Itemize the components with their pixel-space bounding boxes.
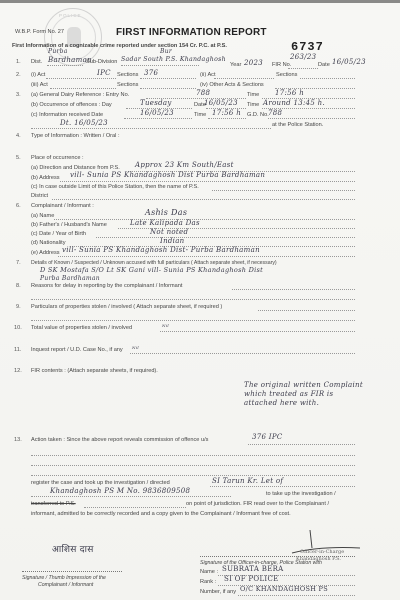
nationality-label: (d) Nationality: [31, 240, 66, 246]
fir-no-value: 263/23: [290, 53, 316, 61]
info-time-value: 17:56 h: [212, 109, 241, 117]
row-number: 1.: [16, 59, 21, 65]
officer-rank-value: SI OF POLICE: [224, 575, 279, 583]
gd-no-value: 788: [268, 109, 282, 117]
row-number: 4.: [16, 133, 21, 139]
row-number: 12.: [14, 368, 22, 374]
officer-name-label: Name :: [200, 569, 218, 575]
other-acts-label: (iv) Other Acts & Sections: [200, 82, 264, 88]
gd-ref-label: (a) General Dairy Reference : Entry No.: [31, 92, 129, 98]
jurisdiction-text: on point of jurisdiction. FIR read over …: [186, 501, 329, 507]
officer-ps-mobile-value: Khandaghosh PS M No. 9836809508: [50, 487, 190, 495]
officer-name-value: SUBRATA BERA: [222, 565, 284, 573]
fir-contents-note-line3: attached here with.: [244, 399, 319, 407]
year-value: 2023: [244, 59, 263, 67]
father-name-label: (b) Father's / Husband's Name: [31, 222, 107, 228]
complainant-label: Complainant / Informant :: [31, 203, 94, 209]
transferred-text: transferred to P.S.: [31, 501, 76, 507]
gd-entry-value: 788: [196, 89, 210, 97]
form-number: W.B.P. Form No. 27: [15, 29, 64, 35]
at-police-station-label: at the Police Station.: [272, 122, 323, 128]
occurrence-address-label: (b) Address: [31, 175, 60, 181]
reasons-delay-label: Reasons for delay in reporting by the co…: [31, 283, 182, 289]
act1-label: (i) Act: [31, 72, 45, 78]
outside-limit-label: (c) In case outside Limit of this Police…: [31, 184, 199, 190]
officer-number-value: O/C KHANDAGHOSH PS: [240, 585, 328, 593]
occurrence-day-value: Tuesday: [140, 99, 172, 107]
occurrence-label: (b) Occurrence of offences : Day: [31, 102, 112, 108]
accused-details-line2: Purba Bardhaman: [40, 275, 100, 282]
complainant-address-value: vill- Sunia PS Khandaghosh Dist- Purba B…: [62, 246, 260, 254]
row-number: 7.: [16, 260, 21, 266]
type-of-information-label: Type of Information : Written / Oral :: [31, 133, 120, 139]
complainant-signature-caption-1: Signature / Thumb Impression of the: [22, 575, 106, 581]
action-taken-label: Action taken : Since the above report re…: [31, 437, 208, 443]
total-value-value: Nil: [162, 323, 169, 328]
info-received-label: (c) Information received Date: [31, 112, 103, 118]
sections1-value: 376: [144, 69, 158, 77]
row-number: 5.: [16, 155, 21, 161]
officer-number-label: Number, if any: [200, 589, 236, 595]
intro-line: First Information of a cognizable crime …: [12, 43, 227, 49]
total-value-label: Total value of properties stolen / invol…: [31, 325, 132, 331]
seal-text: POLICE: [59, 13, 82, 18]
row-number: 13.: [14, 437, 22, 443]
occurrence-time-label: Time: [247, 102, 259, 108]
row-number: 2.: [16, 72, 21, 78]
place-of-occurrence-label: Place of occurrence :: [31, 155, 84, 161]
fir-document-page: POLICE W.B.P. Form No. 27 FIRST INFORMAT…: [0, 0, 400, 600]
sections3-label: Sections: [117, 82, 138, 88]
direction-value: Approx 23 Km South/East: [135, 161, 234, 169]
info-time-label: Time: [194, 112, 206, 118]
fir-serial-number: 6737: [291, 40, 324, 54]
accused-details-line1: D SK Mostafa S/O Lt SK Gani vill- Sunia …: [40, 266, 263, 274]
sections2-label: Sections: [276, 72, 297, 78]
occurrence-date-value: 16/05/23: [204, 99, 238, 107]
inquest-value: Nil: [132, 345, 139, 350]
dob-value: Not noted: [150, 228, 188, 236]
row-number: 6.: [16, 203, 21, 209]
row-number: 3.: [16, 92, 21, 98]
investigating-officer-value: SI Tarun Kr. Let of: [212, 477, 283, 485]
admitted-text: informant, admitted to be correctly reco…: [31, 511, 291, 517]
row-number: 10.: [14, 325, 22, 331]
subdiv-label: Sub-Division: [86, 59, 117, 65]
gd-time-value: 17:56 h: [275, 89, 304, 97]
occurrence-time-value: Around 13:45 h.: [263, 99, 325, 107]
offence-section-value: 376 IPC: [252, 433, 283, 441]
sections1-label: Sections: [117, 72, 138, 78]
oc-stamp-line1: Officer-in-Charge: [300, 549, 344, 555]
subdiv-value-above: Bur: [160, 48, 172, 55]
properties-stolen-label: Particulars of properties stolen / invol…: [31, 304, 222, 310]
act3-label: (iii) Act: [31, 82, 48, 88]
officer-rank-label: Rank :: [200, 579, 216, 585]
complainant-signature: आशिस दास: [52, 542, 94, 555]
scan-edge: [0, 0, 400, 3]
year-label: Year: [230, 62, 241, 68]
dist-value-above: Purba: [48, 48, 68, 55]
take-up-text: to take up the investigation /: [266, 491, 336, 497]
fir-date-value: 16/05/23: [332, 58, 366, 66]
info-date-value: 16/05/23: [140, 109, 174, 117]
fir-contents-label: FIR contents : (Attach separate sheets, …: [31, 368, 158, 374]
row-number: 9.: [16, 304, 21, 310]
complainant-name-label: (a) Name: [31, 213, 54, 219]
inquest-report-label: Inquest report / U.D. Case No., if any: [31, 347, 123, 353]
complainant-address-label: (e) Address: [31, 250, 60, 256]
district-label: District: [31, 193, 48, 199]
row-number: 11.: [14, 347, 21, 353]
complainant-name-value: Ashis Das: [145, 208, 187, 217]
gd-no-label: G.D. No.: [247, 112, 269, 118]
father-name-value: Late Kalipada Das: [130, 219, 200, 227]
dist-label: Dist.: [31, 59, 42, 65]
act1-value: IPC: [97, 69, 111, 77]
info-extra-value: Dt. 16/05/23: [60, 119, 108, 127]
subdiv-value: Sadar South P.S. Khandaghosh: [121, 56, 226, 63]
gd-time-label: Time: [247, 92, 259, 98]
document-title: FIRST INFORMATION REPORT: [116, 27, 267, 38]
register-case-text: register the case and took up the invest…: [31, 480, 170, 486]
date-label: Date: [318, 62, 330, 68]
complainant-signature-caption-2: Complainant / Informant: [38, 582, 93, 588]
dob-label: (c) Date / Year of Birth: [31, 231, 86, 237]
row-number: 8.: [16, 283, 21, 289]
fir-contents-note-line2: which treated as FIR is: [244, 390, 333, 398]
occurrence-address-value: vill- Sunia PS Khandaghosh Dist Purba Ba…: [70, 171, 265, 179]
nationality-value: Indian: [160, 237, 184, 245]
fir-contents-note-line1: The original written Complaint: [244, 381, 363, 389]
